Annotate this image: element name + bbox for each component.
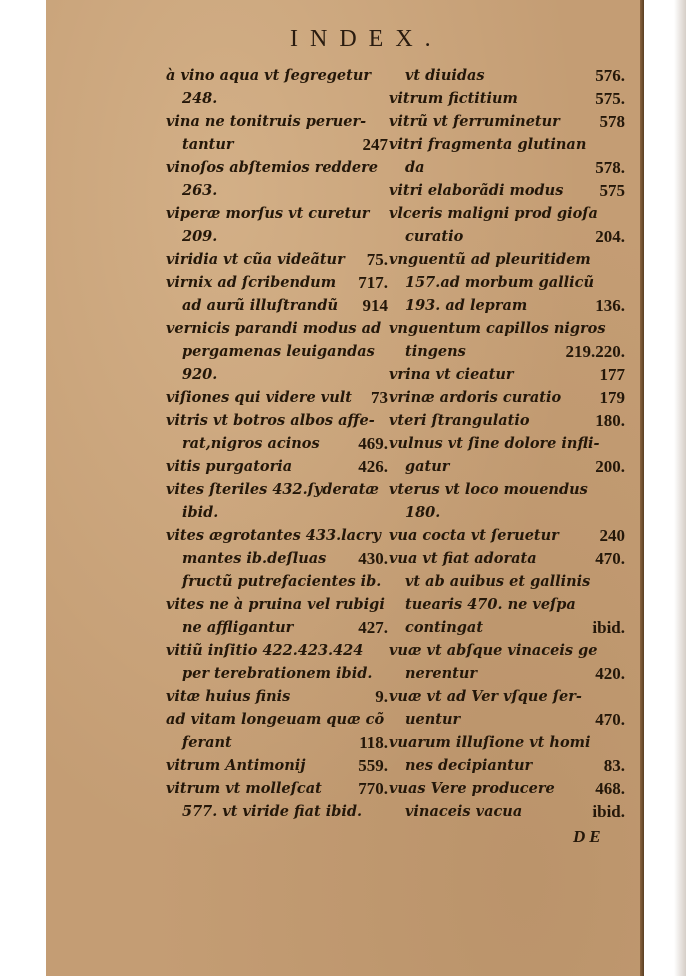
index-entry: vt ab auibus et gallinis <box>389 570 625 593</box>
index-entry-text: 193. ad lepram <box>405 294 527 317</box>
index-entry: vitiũ inſitio 422.423.424 <box>166 639 388 662</box>
index-entry-text: vterus vt loco mouendus <box>389 478 588 501</box>
index-entry-page-number: 420. <box>595 662 625 685</box>
index-entry: ad vitam longeuam quæ cõ <box>166 708 388 731</box>
index-entry-text: vitiũ inſitio 422.423.424 <box>166 639 363 662</box>
index-entry-text: curatio <box>405 225 463 248</box>
index-entry: 157.ad morbum gallicũ <box>389 271 625 294</box>
index-entry: 577. vt viride fiat ibid. <box>166 800 388 823</box>
index-entry: per terebrationem ibid. <box>166 662 388 685</box>
index-entry-text: vuas Vere producere <box>389 777 555 800</box>
index-entry: vuas Vere producere468. <box>389 777 625 800</box>
index-entry-page-number: 247 <box>363 133 389 156</box>
index-entry-page-number: 578. <box>595 156 625 179</box>
index-entry: rat,nigros acinos469. <box>166 432 388 455</box>
index-entry-text: viridia vt cũa videãtur <box>166 248 345 271</box>
index-entry-page-number: ibid. <box>592 800 625 823</box>
index-entry-text: pergamenas leuigandas <box>182 340 375 363</box>
index-entry-text: ad vitam longeuam quæ cõ <box>166 708 384 731</box>
index-entry-text: vnguentũ ad pleuritidem <box>389 248 591 271</box>
index-entry-text: vinaceis vacua <box>405 800 522 823</box>
index-entry-text: vites ægrotantes 433.lacry <box>166 524 381 547</box>
index-entry: gatur200. <box>389 455 625 478</box>
index-entry-text: per terebrationem ibid. <box>182 662 372 685</box>
index-entry: 209. <box>166 225 388 248</box>
index-entry: vites ſteriles 432.ſyderatæ <box>166 478 388 501</box>
index-entry: 248. <box>166 87 388 110</box>
index-entry-page-number: 575 <box>600 179 626 202</box>
index-entry-page-number: 200. <box>595 455 625 478</box>
index-entry: vitæ huius finis9. <box>166 685 388 708</box>
index-entry: vua cocta vt ſeruetur240 <box>389 524 625 547</box>
index-entry: ibid. <box>166 501 388 524</box>
index-entry-text: vernicis parandi modus ad <box>166 317 381 340</box>
index-entry-page-number: 240 <box>600 524 626 547</box>
index-entry-text: 920. <box>182 363 217 386</box>
index-entry: à vino aqua vt ſegregetur <box>166 64 388 87</box>
index-entry-page-number: 136. <box>595 294 625 317</box>
page-edge <box>640 0 644 976</box>
index-entry: vitris vt botros albos affe- <box>166 409 388 432</box>
index-entry: vterus vt loco mouendus <box>389 478 625 501</box>
index-entry: vuarum illuſione vt homi <box>389 731 625 754</box>
index-entry-page-number: 430. <box>358 547 388 570</box>
index-entry: vinoſos abſtemios reddere <box>166 156 388 179</box>
index-entry-text: vlceris maligni prod gioſa <box>389 202 598 225</box>
index-entry-text: gatur <box>405 455 449 478</box>
index-entry: 180. <box>389 501 625 524</box>
page-title: INDEX. <box>290 26 443 53</box>
index-entry: ne affligantur427. <box>166 616 388 639</box>
index-entry-page-number: 219.220. <box>566 340 626 363</box>
index-entry: 193. ad lepram136. <box>389 294 625 317</box>
index-entry-text: ferant <box>182 731 232 754</box>
index-entry-text: vua vt fiat adorata <box>389 547 537 570</box>
index-entry-text: 180. <box>405 501 440 524</box>
index-entry: vitrum fictitium575. <box>389 87 625 110</box>
index-entry-text: vitri elaborãdi modus <box>389 179 563 202</box>
index-entry-text: viperæ morſus vt curetur <box>166 202 369 225</box>
index-entry: vinaceis vacuaibid. <box>389 800 625 823</box>
index-entry: vitis purgatoria426. <box>166 455 388 478</box>
index-entry-text: vitrum Antimonij <box>166 754 306 777</box>
index-column-left: à vino aqua vt ſegregetur248.vina ne ton… <box>166 64 388 823</box>
index-entry-text: vites ne à pruina vel rubigi <box>166 593 385 616</box>
index-entry: vnguentum capillos nigros <box>389 317 625 340</box>
index-entry-text: tuearis 470. ne veſpa <box>405 593 576 616</box>
index-entry-page-number: ibid. <box>592 616 625 639</box>
index-entry: 263. <box>166 179 388 202</box>
index-entry: tantur247 <box>166 133 388 156</box>
index-entry-text: 209. <box>182 225 217 248</box>
index-entry-text: tantur <box>182 133 234 156</box>
index-entry-page-number: 470. <box>595 547 625 570</box>
index-entry-text: vitæ huius finis <box>166 685 290 708</box>
index-entry: uentur470. <box>389 708 625 731</box>
index-entry-text: tingens <box>405 340 466 363</box>
index-entry-page-number: 180. <box>595 409 625 432</box>
index-entry-page-number: 914 <box>363 294 389 317</box>
index-entry-text: vulnus vt ſine dolore infli- <box>389 432 600 455</box>
index-entry-text: vuæ vt abſque vinaceis ge <box>389 639 597 662</box>
index-entry-text: vuarum illuſione vt homi <box>389 731 590 754</box>
index-entry-page-number: 426. <box>358 455 388 478</box>
index-entry-text: vteri ſtrangulatio <box>389 409 530 432</box>
index-entry: tuearis 470. ne veſpa <box>389 593 625 616</box>
index-entry: nerentur420. <box>389 662 625 685</box>
index-entry: ad aurũ illuſtrandũ914 <box>166 294 388 317</box>
index-entry-text: vitrum vt molleſcat <box>166 777 322 800</box>
index-entry-page-number: 470. <box>595 708 625 731</box>
index-entry-text: da <box>405 156 425 179</box>
index-entry-text: vt diuidas <box>405 64 485 87</box>
index-entry: virnix ad ſcribendum717. <box>166 271 388 294</box>
index-entry-page-number: 468. <box>595 777 625 800</box>
index-entry: vuæ vt abſque vinaceis ge <box>389 639 625 662</box>
index-entry: vlceris maligni prod gioſa <box>389 202 625 225</box>
index-entry: viperæ morſus vt curetur <box>166 202 388 225</box>
index-entry-page-number: 575. <box>595 87 625 110</box>
index-entry-text: vuæ vt ad Ver vſque ſer- <box>389 685 582 708</box>
index-entry-text: uentur <box>405 708 460 731</box>
index-entry-text: vina ne tonitruis peruer- <box>166 110 366 133</box>
index-entry-text: vitis purgatoria <box>166 455 292 478</box>
index-entry-page-number: 576. <box>595 64 625 87</box>
index-entry-page-number: 717. <box>358 271 388 294</box>
index-entry-text: vitrum fictitium <box>389 87 518 110</box>
index-entry: vitrum Antimonij559. <box>166 754 388 777</box>
index-entry: vua vt fiat adorata470. <box>389 547 625 570</box>
index-entry-page-number: 73 <box>371 386 388 409</box>
index-entry: mantes ib.deſluas430. <box>166 547 388 570</box>
index-entry-text: vinoſos abſtemios reddere <box>166 156 378 179</box>
index-entry: vt diuidas576. <box>389 64 625 87</box>
index-entry-text: vitrũ vt ferruminetur <box>389 110 560 133</box>
index-entry-text: 577. vt viride fiat ibid. <box>182 800 362 823</box>
index-entry-text: ne affligantur <box>182 616 293 639</box>
page-edge-shadow <box>674 0 686 976</box>
index-column-right: vt diuidas576.vitrum fictitium575.vitrũ … <box>389 64 625 823</box>
index-entry: nes decipiantur83. <box>389 754 625 777</box>
index-entry: vuæ vt ad Ver vſque ſer- <box>389 685 625 708</box>
index-entry: 920. <box>166 363 388 386</box>
index-entry-page-number: 179 <box>600 386 626 409</box>
index-entry-text: contingat <box>405 616 483 639</box>
index-entry: fructũ putrefacientes ib. <box>166 570 388 593</box>
index-entry-text: rat,nigros acinos <box>182 432 320 455</box>
index-entry-text: ad aurũ illuſtrandũ <box>182 294 338 317</box>
index-entry: vites ne à pruina vel rubigi <box>166 593 388 616</box>
index-entry: pergamenas leuigandas <box>166 340 388 363</box>
index-entry-page-number: 118. <box>359 731 388 754</box>
index-entry: da578. <box>389 156 625 179</box>
index-entry: vina ne tonitruis peruer- <box>166 110 388 133</box>
index-entry-text: 248. <box>182 87 217 110</box>
index-entry-page-number: 9. <box>375 685 388 708</box>
catchword: DE <box>573 827 605 847</box>
index-entry-text: fructũ putrefacientes ib. <box>182 570 381 593</box>
index-entry: vteri ſtrangulatio180. <box>389 409 625 432</box>
index-entry-text: vitris vt botros albos affe- <box>166 409 375 432</box>
index-entry-page-number: 770. <box>358 777 388 800</box>
index-entry-page-number: 204. <box>595 225 625 248</box>
index-entry-text: vrinæ ardoris curatio <box>389 386 561 409</box>
index-entry-page-number: 427. <box>358 616 388 639</box>
index-entry-text: 263. <box>182 179 217 202</box>
index-entry-text: vt ab auibus et gallinis <box>405 570 590 593</box>
index-entry-page-number: 469. <box>358 432 388 455</box>
index-entry-page-number: 177 <box>600 363 626 386</box>
index-entry-text: mantes ib.deſluas <box>182 547 326 570</box>
index-entry-text: virnix ad ſcribendum <box>166 271 336 294</box>
index-entry: vulnus vt ſine dolore infli- <box>389 432 625 455</box>
index-entry: vrinæ ardoris curatio179 <box>389 386 625 409</box>
index-entry: vernicis parandi modus ad <box>166 317 388 340</box>
index-entry-text: nes decipiantur <box>405 754 532 777</box>
index-entry: vnguentũ ad pleuritidem <box>389 248 625 271</box>
index-entry: vrina vt cieatur177 <box>389 363 625 386</box>
index-entry-text: vrina vt cieatur <box>389 363 514 386</box>
index-entry-page-number: 559. <box>358 754 388 777</box>
index-entry-page-number: 83. <box>604 754 625 777</box>
index-entry-text: viſiones qui videre vult <box>166 386 352 409</box>
index-entry-text: à vino aqua vt ſegregetur <box>166 64 371 87</box>
index-entry-text: vua cocta vt ſeruetur <box>389 524 559 547</box>
index-entry-text: ibid. <box>182 501 218 524</box>
index-entry: tingens219.220. <box>389 340 625 363</box>
index-entry: vitrum vt molleſcat770. <box>166 777 388 800</box>
index-entry: curatio204. <box>389 225 625 248</box>
index-entry-text: vitri fragmenta glutinan <box>389 133 586 156</box>
index-entry: ferant118. <box>166 731 388 754</box>
index-entry: viridia vt cũa videãtur75. <box>166 248 388 271</box>
index-entry: vitri elaborãdi modus575 <box>389 179 625 202</box>
index-entry: contingatibid. <box>389 616 625 639</box>
index-entry: vites ægrotantes 433.lacry <box>166 524 388 547</box>
index-entry-page-number: 75. <box>367 248 388 271</box>
index-entry-page-number: 578 <box>600 110 626 133</box>
index-entry: vitri fragmenta glutinan <box>389 133 625 156</box>
index-entry-text: vites ſteriles 432.ſyderatæ <box>166 478 379 501</box>
index-entry-text: nerentur <box>405 662 477 685</box>
index-entry-text: vnguentum capillos nigros <box>389 317 605 340</box>
index-entry-text: 157.ad morbum gallicũ <box>405 271 594 294</box>
index-entry: vitrũ vt ferruminetur578 <box>389 110 625 133</box>
index-entry: viſiones qui videre vult73 <box>166 386 388 409</box>
